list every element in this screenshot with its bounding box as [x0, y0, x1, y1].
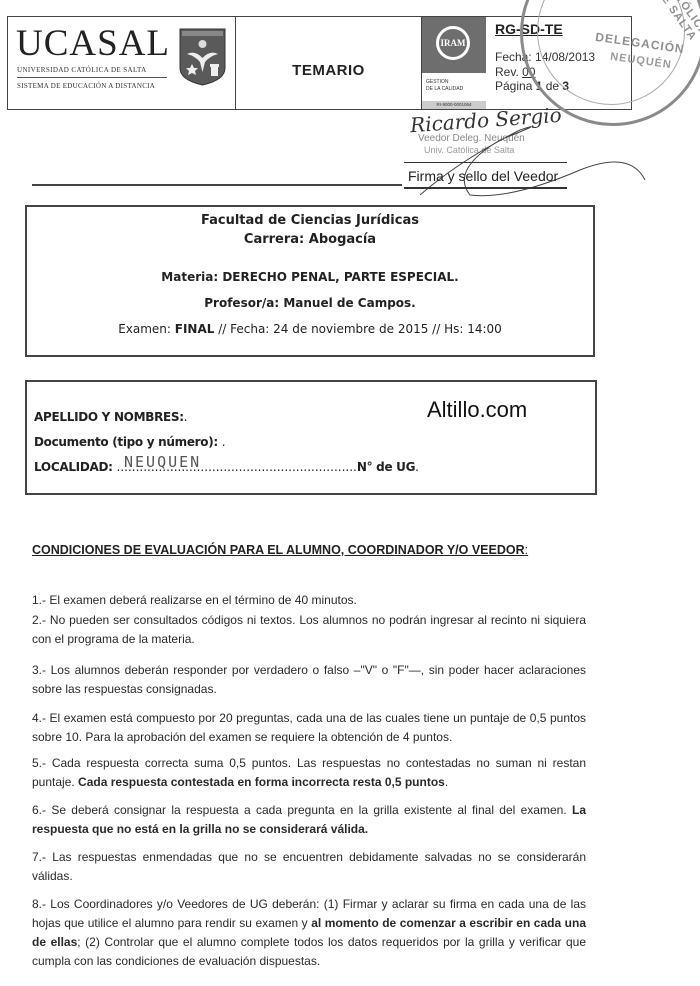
student-name-field[interactable]: APELLIDO Y NOMBRES:. [34, 410, 188, 424]
ucasal-logo: UCASAL [16, 25, 170, 62]
locality-field[interactable]: LOCALIDAD: .............................… [34, 460, 419, 474]
signature-stamp-line-1: Veedor Deleg. Neuquén [418, 133, 525, 144]
faculty: Facultad de Ciencias Jurídicas [27, 213, 593, 228]
student-document-field[interactable]: Documento (tipo y número): . [34, 435, 226, 449]
student-data-box: Altillo.com APELLIDO Y NOMBRES:. Documen… [25, 380, 597, 495]
page-indicator: Página 1 de 3 [495, 79, 569, 93]
condition-item: 3.- Los alumnos deberán responder por ve… [32, 661, 586, 699]
career: Carrera: Abogacía [27, 232, 593, 247]
document-code: RG-SD-TE [495, 21, 563, 37]
system-name: SISTEMA DE EDUCACIÓN A DISTANCIA [17, 82, 155, 90]
logo-cell: UCASAL UNIVERSIDAD CATÓLICA DE SALTA SIS… [8, 17, 236, 109]
signature-stamp-line-2: Univ. Católica de Salta [424, 145, 514, 155]
subject: Materia: DERECHO PENAL, PARTE ESPECIAL. [27, 270, 593, 284]
condition-item: 1.- El examen deberá realizarse en el té… [32, 591, 586, 610]
professor: Profesor/a: Manuel de Campos. [27, 296, 593, 310]
signature-underline [404, 187, 567, 189]
university-name: UNIVERSIDAD CATÓLICA DE SALTA [17, 66, 167, 78]
watermark: Altillo.com [427, 397, 527, 423]
iram-caption: GESTION DE LA CALIDAD [426, 79, 463, 93]
document-revision: Rev. 00 [495, 65, 535, 79]
document-metadata: RG-SD-TE Fecha: 14/08/2013 Rev. 00 Págin… [486, 16, 632, 110]
signature-line [404, 162, 567, 163]
conditions-title: CONDICIONES DE EVALUACIÓN PARA EL ALUMNO… [32, 543, 528, 557]
locality-handwritten-value: NEUQUEN [124, 453, 201, 471]
condition-item: 5.- Cada respuesta correcta suma 0,5 pun… [32, 754, 586, 792]
iram-certification: IRAM GESTION DE LA CALIDAD RI-9000-00010… [422, 17, 486, 109]
document-date: Fecha: 14/08/2013 [495, 50, 595, 64]
condition-item: 2.- No pueden ser consultados códigos ni… [32, 611, 586, 649]
document-header: UCASAL UNIVERSIDAD CATÓLICA DE SALTA SIS… [7, 16, 563, 110]
title-cell: TEMARIO [236, 17, 422, 109]
exam-info-box: Facultad de Ciencias Jurídicas Carrera: … [25, 205, 595, 357]
crest-icon [179, 28, 226, 86]
document-title: TEMARIO [292, 48, 365, 79]
iram-logo-icon: IRAM [436, 26, 470, 60]
condition-item: 7.- Las respuestas enmendadas que no se … [32, 848, 586, 886]
condition-item: 4.- El examen está compuesto por 20 preg… [32, 709, 586, 747]
signature-label: Firma y sello del Veedor [408, 168, 558, 184]
exam-details: Examen: FINAL // Fecha: 24 de noviembre … [27, 322, 593, 336]
header-divider [32, 184, 402, 186]
condition-item: 6.- Se deberá consignar la respuesta a c… [32, 801, 586, 839]
condition-item: 8.- Los Coordinadores y/o Veedores de UG… [32, 895, 586, 971]
